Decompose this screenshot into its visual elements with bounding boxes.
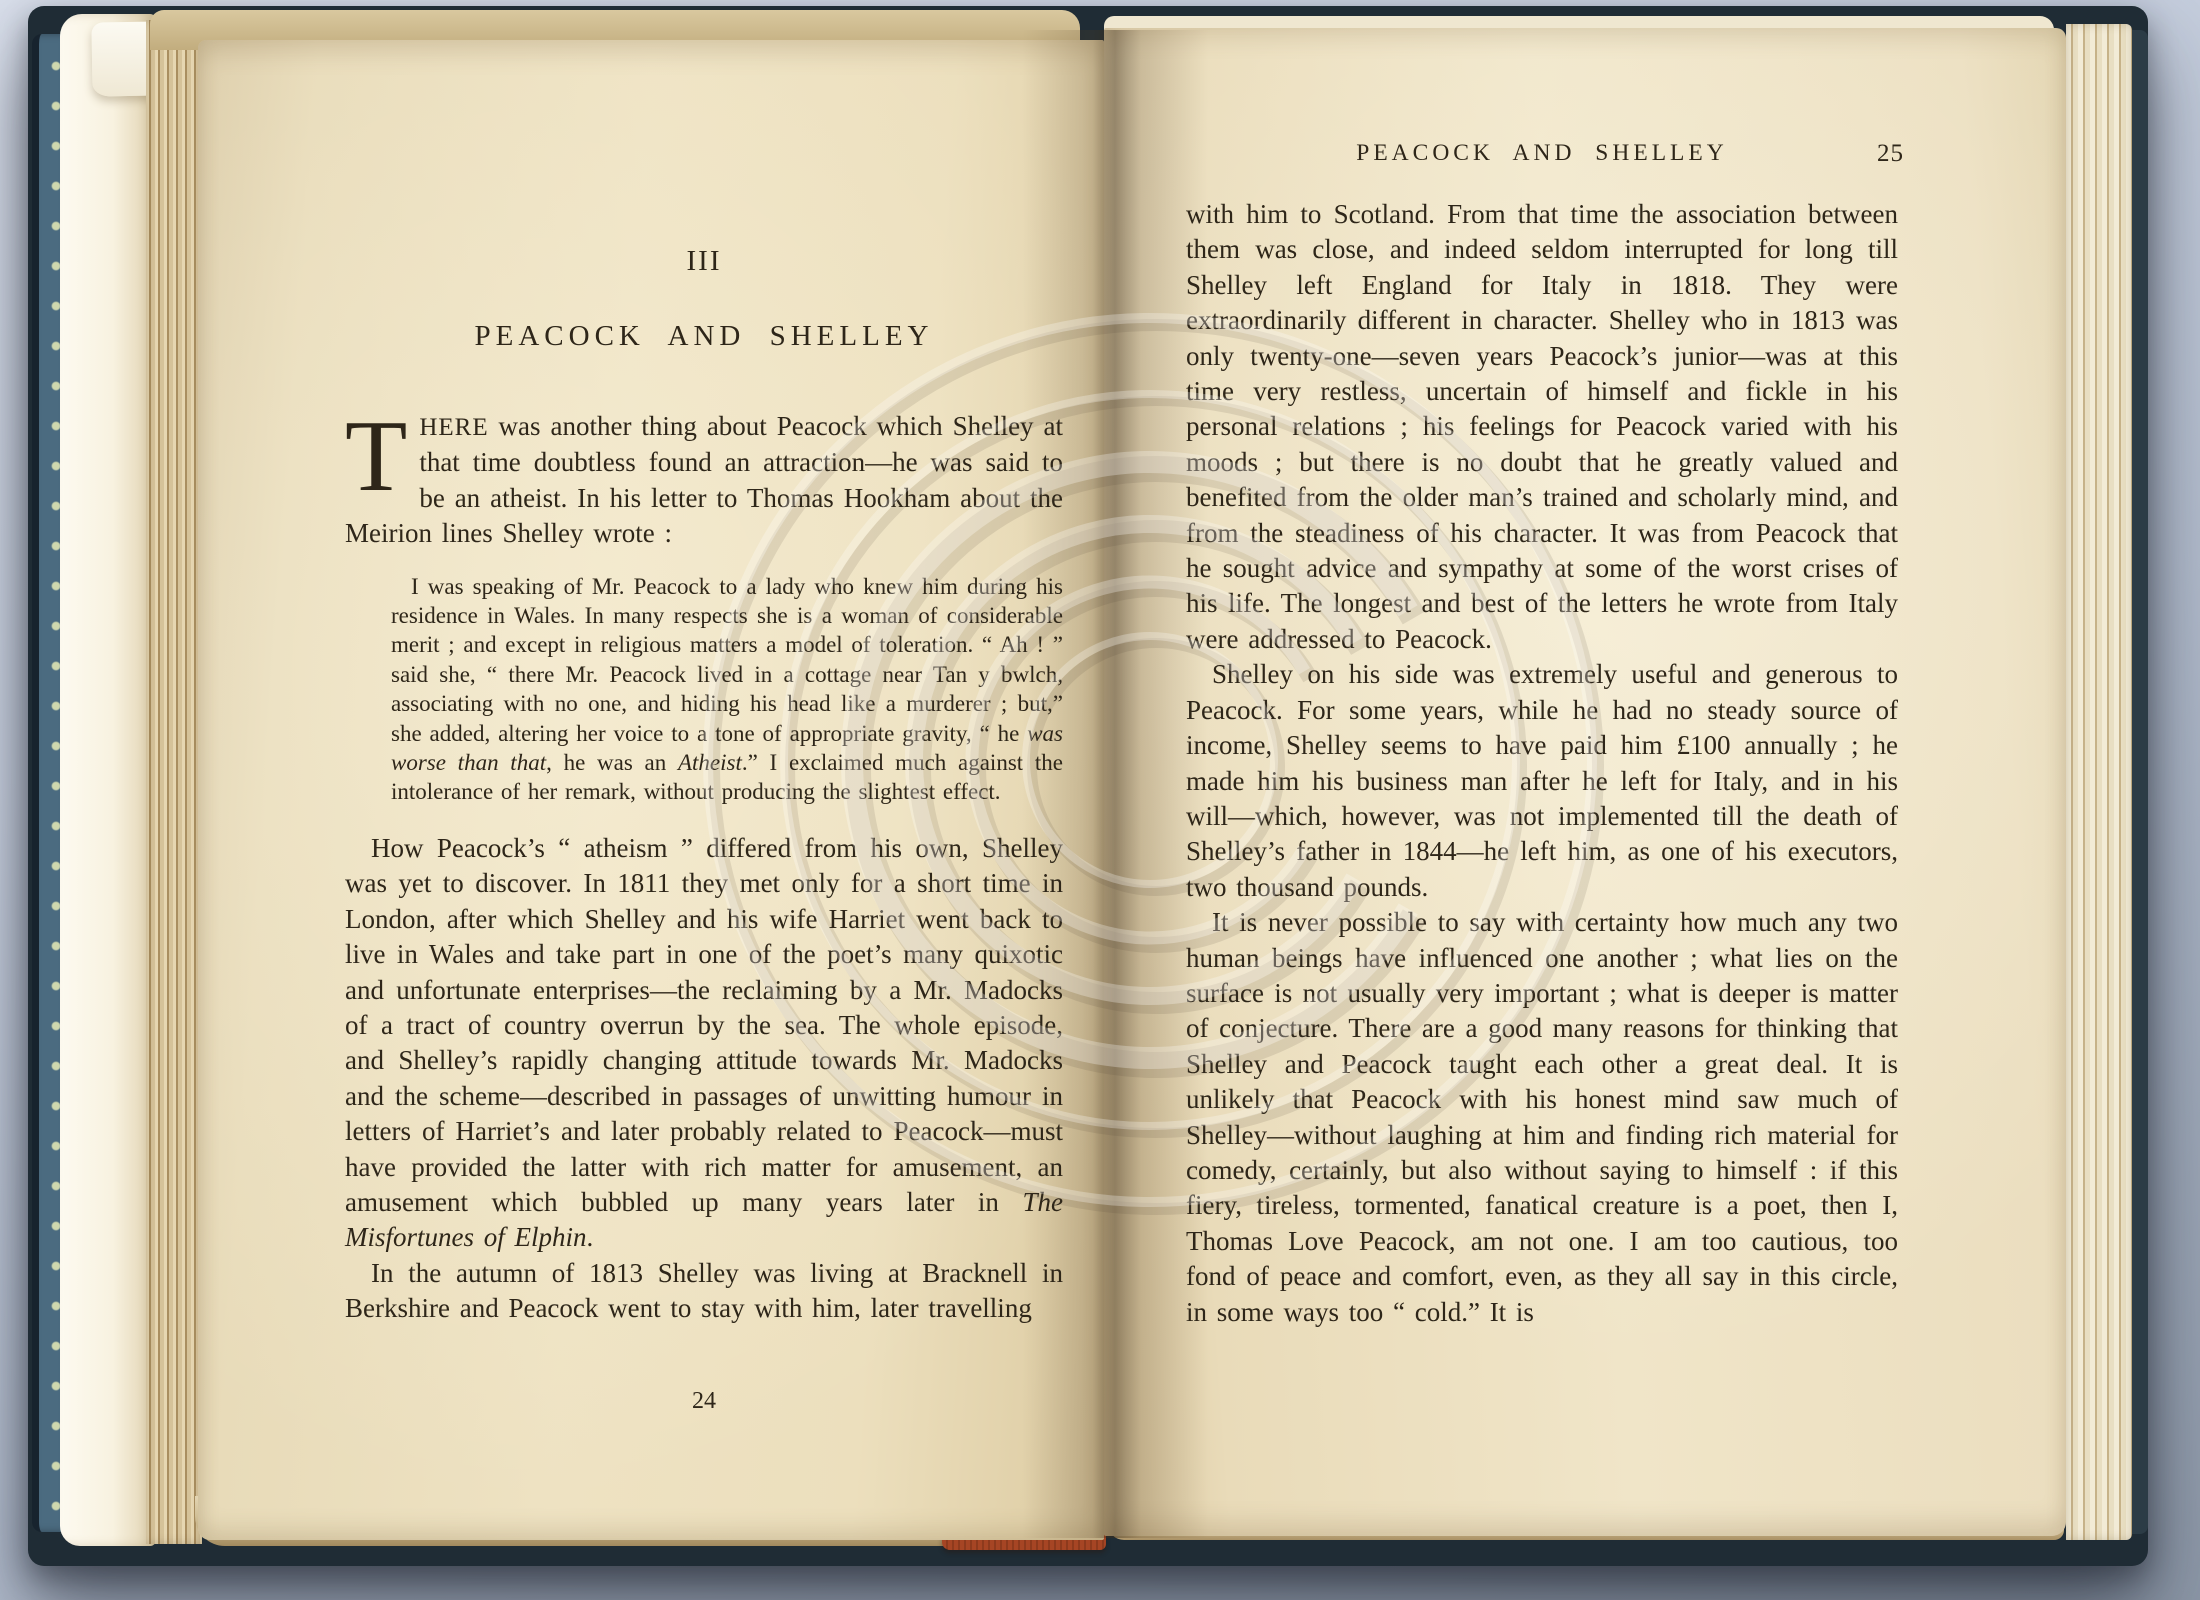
drop-cap-word-rest: HERE — [419, 414, 488, 441]
book-photo-scene: III PEACOCK AND SHELLEY THERE was anothe… — [0, 0, 2200, 1600]
endpaper-left — [60, 14, 156, 1546]
left-page-number: 24 — [345, 1388, 1063, 1415]
paragraph-scotland: with him to Scotland. From that time the… — [1186, 197, 1898, 657]
page-edge-stack-right — [2066, 24, 2132, 1540]
chapter-title: PEACOCK AND SHELLEY — [345, 320, 1063, 353]
running-header: PEACOCK AND SHELLEY25 — [1186, 140, 1898, 167]
paragraph-autumn-1813: In the autumn of 1813 Shelley was living… — [345, 1256, 1063, 1327]
right-page-text: PEACOCK AND SHELLEY25 with him to Scotla… — [1186, 140, 1898, 1330]
letter-block-quote: I was speaking of Mr. Peacock to a lady … — [391, 572, 1063, 807]
chapter-number: III — [345, 245, 1063, 278]
left-page-text: III PEACOCK AND SHELLEY THERE was anothe… — [345, 245, 1063, 1327]
running-header-title: PEACOCK AND SHELLEY — [1356, 140, 1727, 166]
paragraph-influence: It is never possible to say with certain… — [1186, 905, 1898, 1330]
drop-cap: T — [345, 409, 419, 499]
paragraph-atheism: How Peacock’s “ atheism ” differed from … — [345, 831, 1063, 1256]
book-cover-right-edge — [2132, 30, 2148, 1534]
right-page-number: 25 — [1877, 140, 1904, 168]
page-edge-stack-left — [146, 20, 202, 1544]
opening-paragraph: THERE was another thing about Peacock wh… — [345, 409, 1063, 552]
paragraph-generous: Shelley on his side was extremely useful… — [1186, 657, 1898, 905]
